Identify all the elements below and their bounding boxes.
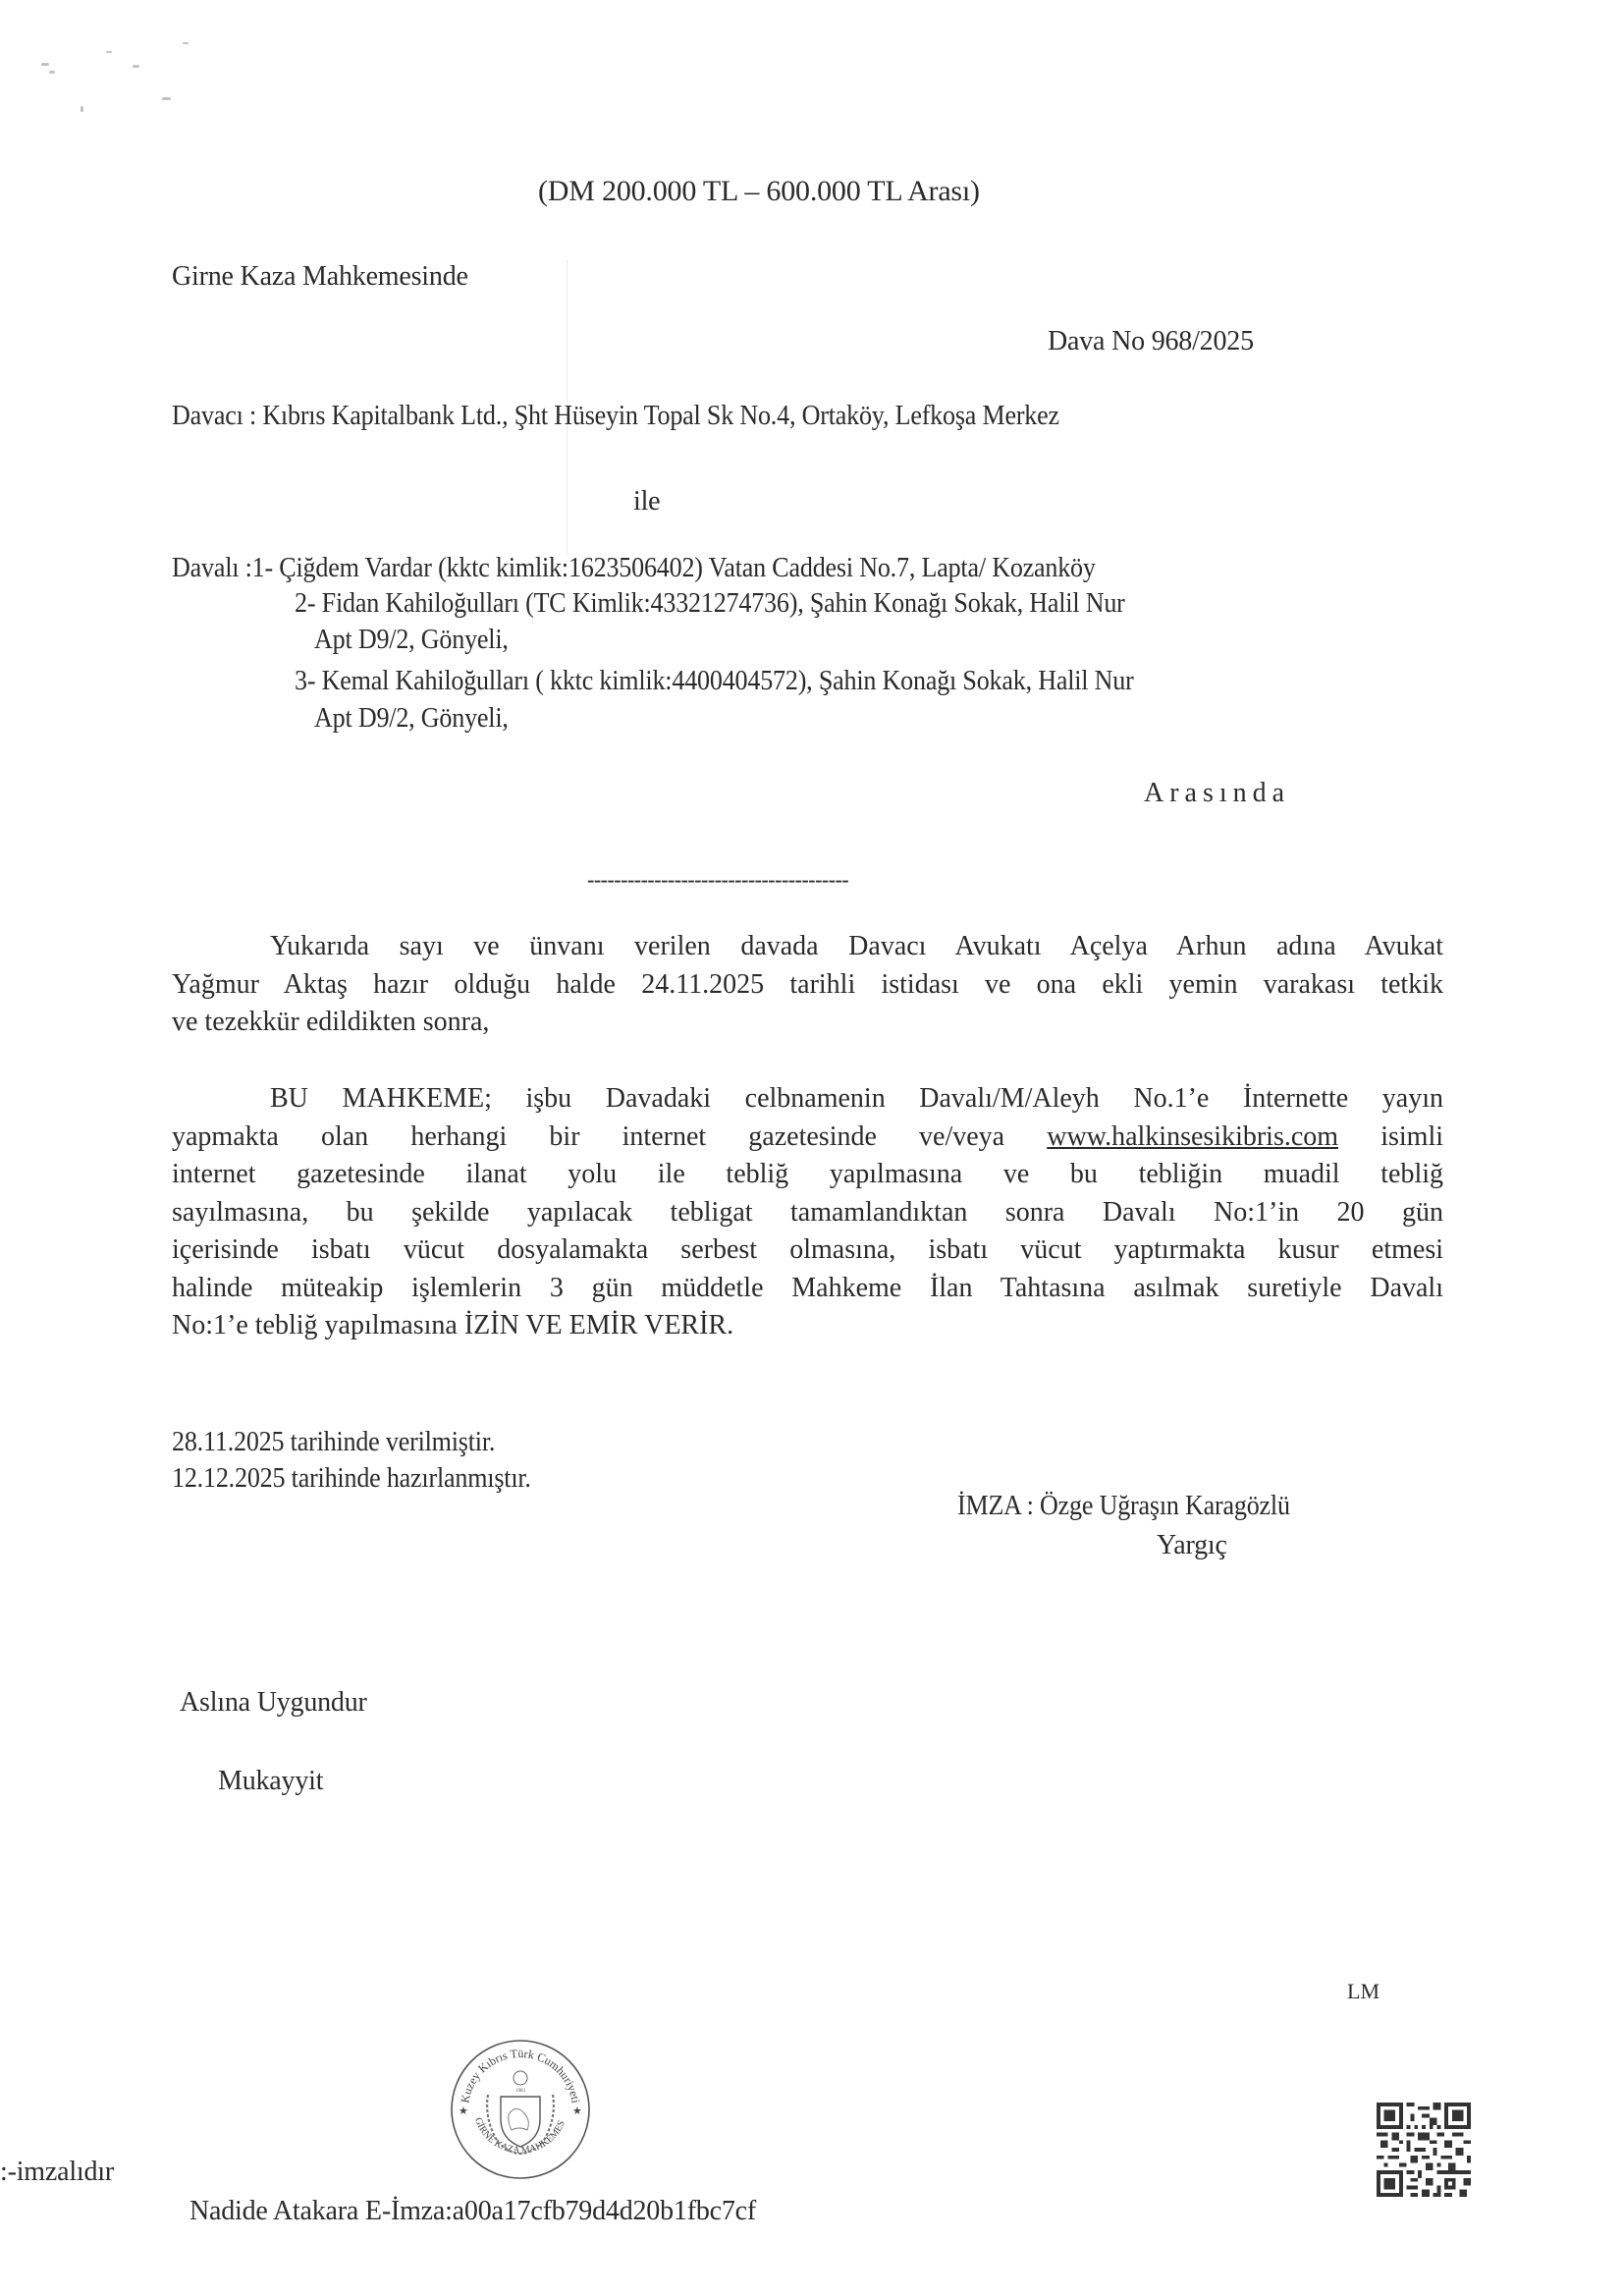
svg-text:Kuzey Kıbrıs Türk Cumhuriyeti: Kuzey Kıbrıs Türk Cumhuriyeti — [458, 2047, 582, 2105]
paragraph-line: Yukarıda sayı ve ünvanı verilen davada D… — [172, 928, 1443, 966]
case-number: Dava No 968/2025 — [1048, 328, 1254, 355]
initials: LM — [1347, 1979, 1380, 2004]
judge-title: Yargıç — [1157, 1532, 1227, 1559]
e-signed-label: :-imzalıdır — [0, 2159, 114, 2186]
scan-speck — [41, 63, 49, 66]
scan-speck — [106, 51, 112, 53]
scan-speck — [81, 106, 83, 112]
paragraph-line: sayılmasına, bu şekilde yapılacak teblig… — [172, 1194, 1443, 1232]
newspaper-link[interactable]: www.halkinsesikibris.com — [1047, 1121, 1338, 1152]
scan-speck — [183, 42, 189, 44]
svg-text:1983: 1983 — [515, 2089, 526, 2094]
paragraph-line: Yağmur Aktaş hazır olduğu halde 24.11.20… — [172, 966, 1443, 1005]
paragraph-line: BU MAHKEME; işbu Davadaki celbnamenin Da… — [172, 1080, 1443, 1119]
defendant-3: 3- Kemal Kahiloğulları ( kktc kimlik:440… — [295, 668, 1134, 695]
defendant-3-address: Apt D9/2, Gönyeli, — [314, 705, 509, 733]
paragraph-line: yapmakta olan herhangi bir internet gaze… — [172, 1119, 1443, 1157]
paragraph-text: yapmakta olan herhangi bir internet gaze… — [172, 1121, 1004, 1152]
paragraph-court-order: BU MAHKEME; işbu Davadaki celbnamenin Da… — [172, 1080, 1443, 1345]
registrar-label: Mukayyit — [218, 1768, 323, 1795]
paragraph-text: isimli — [1380, 1121, 1443, 1152]
court-seal-icon: Kuzey Kıbrıs Türk Cumhuriyeti GİRNE KAZA… — [447, 2036, 594, 2183]
paragraph-line: No:1’e tebliğ yapılmasına İZİN VE EMİR V… — [172, 1307, 1443, 1345]
e-signature-hash: Nadide Atakara E-İmza:a00a17cfb79d4d20b1… — [189, 2198, 756, 2225]
date-prepared: 12.12.2025 tarihinde hazırlanmıştır. — [172, 1465, 531, 1493]
defendant-1: Davalı :1- Çiğdem Vardar (kktc kimlik:16… — [172, 555, 1096, 582]
svg-text:★: ★ — [459, 2105, 468, 2117]
judge-signature: İMZA : Özge Uğraşın Karagözlü — [957, 1493, 1290, 1520]
defendant-2: 2- Fidan Kahiloğulları (TC Kimlik:433212… — [295, 590, 1125, 618]
paragraph-line: ve tezekkür edildikten sonra, — [172, 1004, 1443, 1042]
paragraph-line: internet gazetesinde ilanat yolu ile teb… — [172, 1156, 1443, 1194]
scan-speck — [162, 97, 171, 100]
amount-range-heading: (DM 200.000 TL – 600.000 TL Arası) — [538, 177, 980, 206]
certified-copy-label: Aslına Uygundur — [180, 1689, 367, 1717]
paragraph-line: halinde müteakip işlemlerin 3 gün müddet… — [172, 1270, 1443, 1308]
between-label: Arasında — [1144, 780, 1290, 807]
svg-text:★: ★ — [572, 2105, 582, 2117]
plaintiff-line: Davacı : Kıbrıs Kapitalbank Ltd., Şht Hü… — [172, 403, 1059, 430]
defendant-2-address: Apt D9/2, Gönyeli, — [314, 627, 509, 654]
connector-ile: ile — [633, 488, 660, 516]
separator-line: --------------------------------------- — [587, 867, 848, 893]
scan-speck — [49, 71, 55, 74]
scan-speck — [133, 65, 139, 68]
court-name: Girne Kaza Mahkemesinde — [172, 263, 468, 291]
date-given: 28.11.2025 tarihinde verilmiştir. — [172, 1429, 495, 1456]
paragraph-review: Yukarıda sayı ve ünvanı verilen davada D… — [172, 928, 1443, 1042]
paragraph-line: içerisinde isbatı vücut dosyalamakta ser… — [172, 1231, 1443, 1270]
qr-code-icon[interactable] — [1377, 2103, 1471, 2197]
